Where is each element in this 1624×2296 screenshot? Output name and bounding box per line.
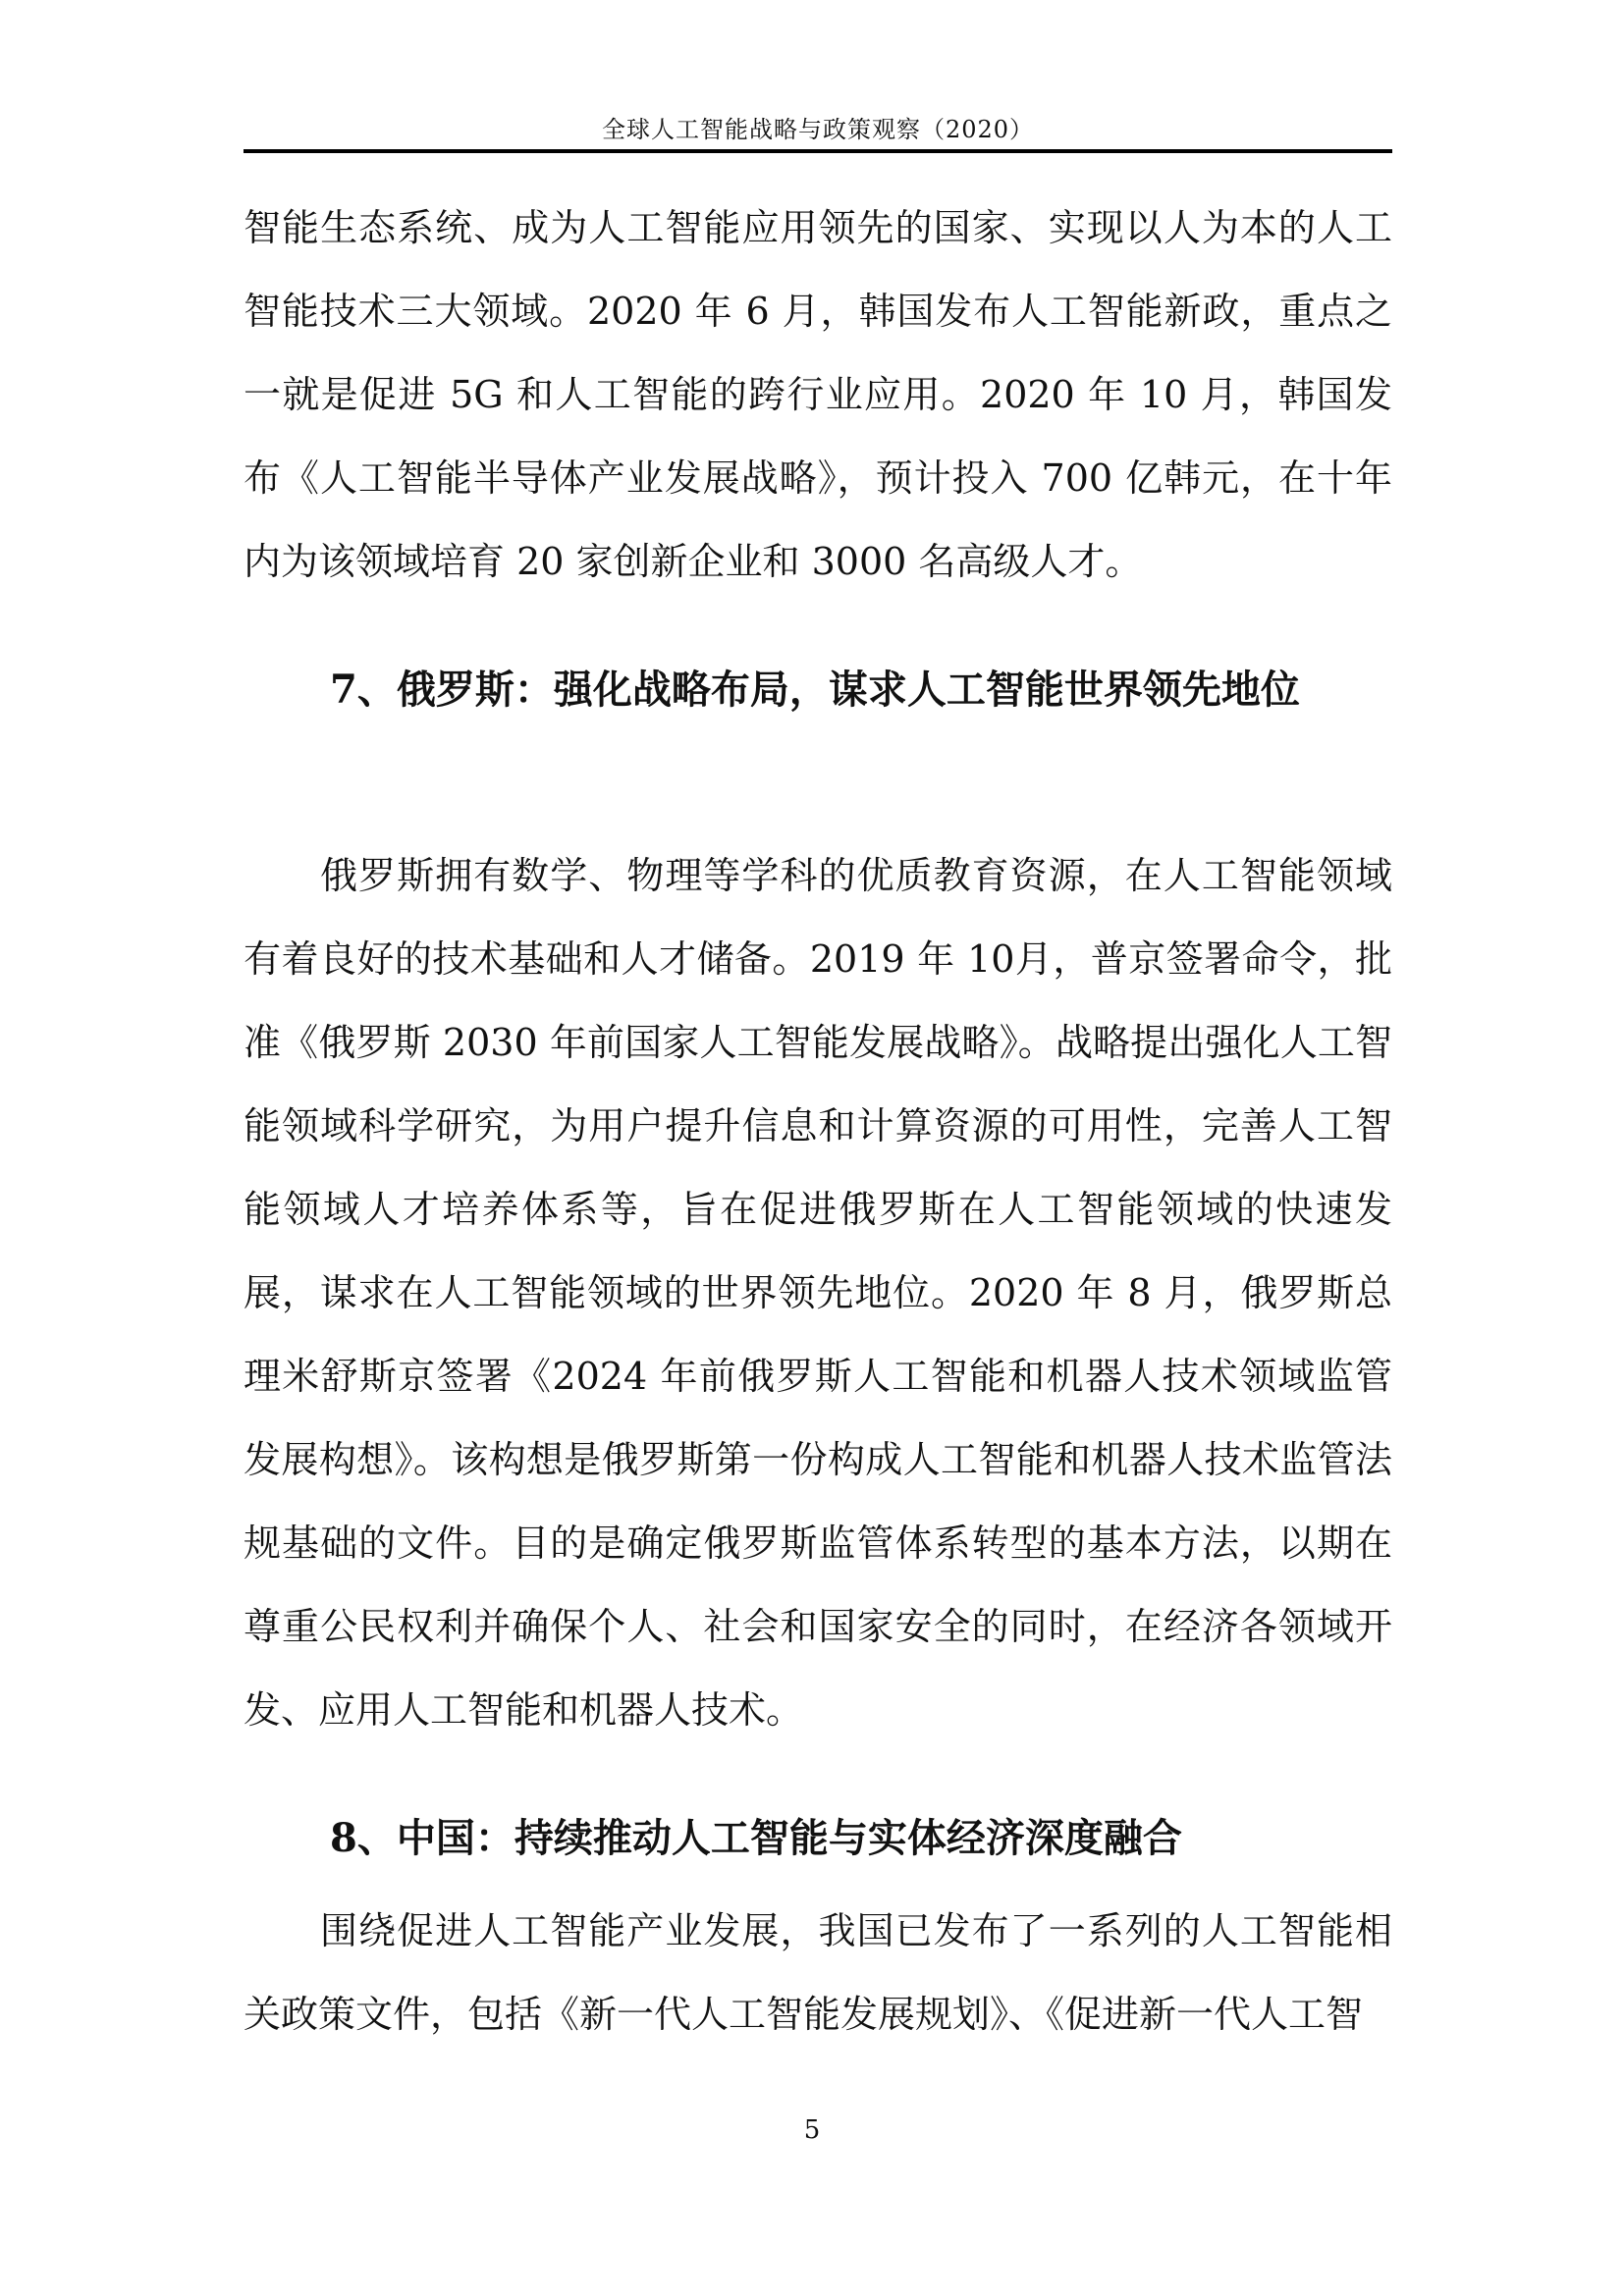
intro-paragraph-block: 智能生态系统、成为人工智能应用领先的国家、实现以人为本的人工智能技术三大领域。2… <box>244 187 1392 604</box>
china-paragraph: 围绕促进人工智能产业发展，我国已发布了一系列的人工智能相关政策文件，包括《新一代… <box>244 1890 1392 2056</box>
section-heading-china: 8、中国：持续推动人工智能与实体经济深度融合 <box>244 1796 1392 1880</box>
russia-paragraph: 俄罗斯拥有数学、物理等学科的优质教育资源，在人工智能领域有着良好的技术基础和人才… <box>244 834 1392 1752</box>
intro-paragraph: 智能生态系统、成为人工智能应用领先的国家、实现以人为本的人工智能技术三大领域。2… <box>244 187 1392 604</box>
page-number: 5 <box>0 2115 1624 2145</box>
heading-text: 8、中国：持续推动人工智能与实体经济深度融合 <box>330 1815 1182 1861</box>
heading-text: 7、俄罗斯：强化战略布局，谋求人工智能世界领先地位 <box>330 667 1300 713</box>
china-paragraph-block: 围绕促进人工智能产业发展，我国已发布了一系列的人工智能相关政策文件，包括《新一代… <box>244 1890 1392 2056</box>
running-header: 全球人工智能战略与政策观察（2020） <box>244 110 1392 144</box>
header-divider <box>244 149 1392 153</box>
section-heading-russia: 7、俄罗斯：强化战略布局，谋求人工智能世界领先地位 <box>244 648 1392 731</box>
russia-paragraph-block: 俄罗斯拥有数学、物理等学科的优质教育资源，在人工智能领域有着良好的技术基础和人才… <box>244 834 1392 1752</box>
